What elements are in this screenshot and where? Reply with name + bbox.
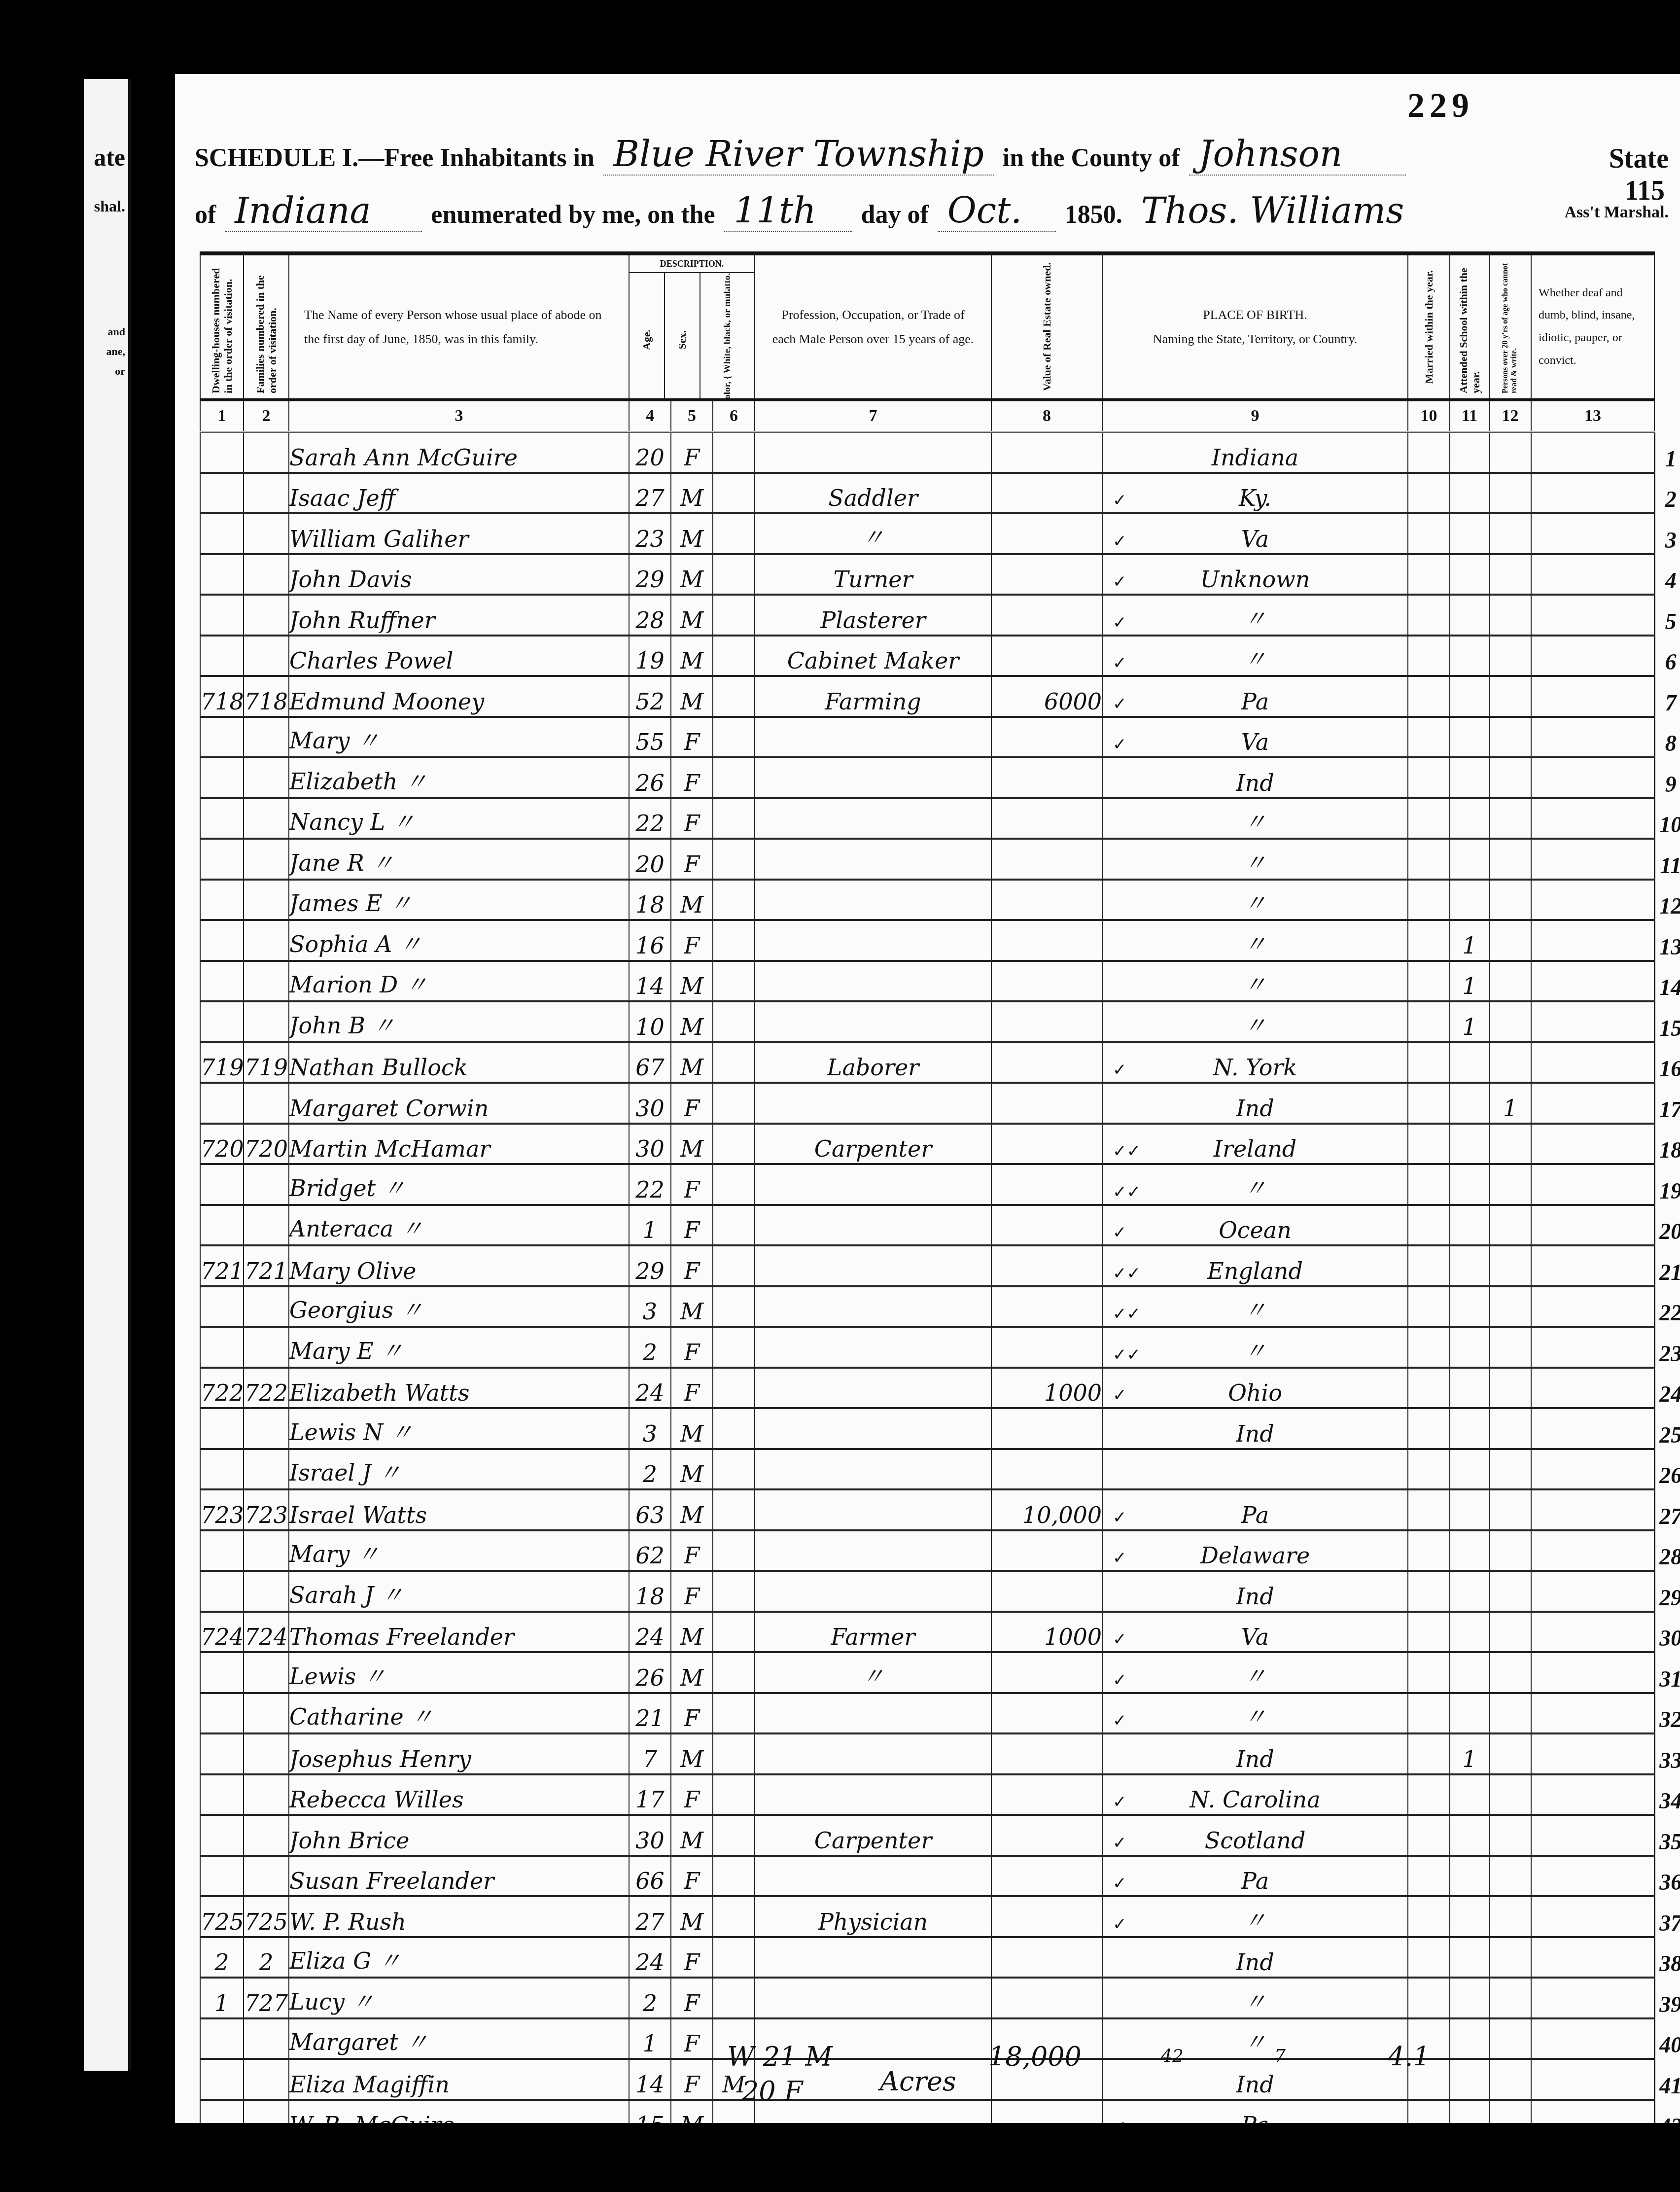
prev-page-fragment: ane, [106,345,126,358]
line-number: 27 [1654,1489,1680,1530]
occupation [755,1530,991,1571]
married-within-year [1408,1286,1450,1327]
col-number: 5 [671,400,713,432]
dwelling-number [200,961,244,1002]
occupation [755,1368,991,1409]
line-number: 33 [1654,1733,1680,1774]
disability [1531,636,1654,676]
dwelling-number [200,1449,244,1490]
disability [1531,798,1654,839]
dwelling-number: 724 [200,1612,244,1653]
age: 3 [629,1286,671,1327]
dwelling-number [200,757,244,798]
disability [1531,1083,1654,1124]
color [713,554,755,595]
col-number [1654,400,1680,432]
dwelling-number: 721 [200,1245,244,1286]
occupation [755,961,991,1002]
cannot-read-write [1489,920,1531,961]
real-estate-value [991,1978,1102,2018]
person-name: Georgius 〃 [289,1286,629,1327]
disability [1531,1571,1654,1612]
disability [1531,513,1654,554]
color [713,798,755,839]
table-row: John Davis29MTurner✓Unknown4 [200,554,1680,595]
sex: M [671,1286,713,1327]
married-within-year [1408,1408,1450,1449]
attended-school [1450,554,1489,595]
occupation [755,1449,991,1490]
family-number [244,636,289,676]
married-within-year [1408,595,1450,636]
line-number: 31 [1654,1652,1680,1693]
table-row: 720720Martin McHamar30MCarpenter✓✓Irelan… [200,1124,1680,1165]
married-within-year [1408,513,1450,554]
family-number: 718 [244,676,289,717]
cannot-read-write [1489,880,1531,920]
table-row: Israel J 〃2M26 [200,1449,1680,1490]
family-number: 723 [244,1489,289,1530]
occupation [755,1856,991,1897]
sex: M [671,880,713,920]
previous-page-edge: ate shal. and ane, or [84,79,131,2071]
color [713,636,755,676]
family-number: 725 [244,1896,289,1937]
place-of-birth-text: 〃 [1244,809,1266,835]
place-of-birth: Ind [1102,1571,1408,1612]
disability [1531,2018,1654,2059]
place-of-birth-text: 〃 [1244,890,1266,917]
real-estate-value: 1000 [991,1368,1102,1409]
table-row: Charles Powel19MCabinet Maker✓〃6 [200,636,1680,676]
footer-acres: Acres [880,2066,956,2097]
dwelling-number [200,2018,244,2059]
cannot-read-write [1489,757,1531,798]
cannot-read-write [1489,1164,1531,1205]
age: 2 [629,1978,671,2018]
age: 19 [629,636,671,676]
county-field: Johnson [1189,133,1406,176]
person-name: Mary E 〃 [289,1327,629,1368]
color [713,1571,755,1612]
table-row: Anteraca 〃1F✓Ocean20 [200,1205,1680,1246]
cannot-read-write [1489,839,1531,880]
table-row: Elizabeth 〃26FInd9 [200,757,1680,798]
attended-school [1450,798,1489,839]
place-of-birth: 〃 [1102,1978,1408,2018]
check-mark-icon: ✓✓ [1113,1345,1141,1365]
line-number: 19 [1654,1164,1680,1205]
sex: M [671,473,713,514]
census-rows: Sarah Ann McGuire20FIndiana1Isaac Jeff27… [200,432,1680,2140]
sex: F [671,2018,713,2059]
disability [1531,432,1654,473]
occupation [755,1286,991,1327]
line-number: 1 [1654,432,1680,473]
dwelling-number: 719 [200,1042,244,1083]
cannot-read-write [1489,1530,1531,1571]
sex: F [671,1083,713,1124]
line-number: 21 [1654,1245,1680,1286]
age: 52 [629,676,671,717]
family-number [244,1733,289,1774]
place-of-birth: ✓Ky. [1102,473,1408,514]
person-name: Edmund Mooney [289,676,629,717]
person-name: Anteraca 〃 [289,1205,629,1246]
age: 20 [629,432,671,473]
age: 62 [629,1530,671,1571]
cannot-read-write [1489,717,1531,758]
place-of-birth-text: Ind [1236,1746,1274,1772]
attended-school [1450,1612,1489,1653]
table-row: James E 〃18M〃12 [200,880,1680,920]
disability [1531,1164,1654,1205]
place-of-birth: Ind [1102,2059,1408,2100]
family-number [244,595,289,636]
occupation [755,1978,991,2018]
page-number: 115 [1625,175,1665,207]
place-of-birth-text: 〃 [1244,971,1266,998]
place-of-birth: ✓Pa [1102,1489,1408,1530]
table-row: John B 〃10M〃115 [200,1001,1680,1042]
occupation [755,432,991,473]
dwelling-number [200,1815,244,1856]
col-number: 7 [755,400,991,432]
cannot-read-write [1489,676,1531,717]
sex: M [671,961,713,1002]
disability [1531,880,1654,920]
table-row: Catharine 〃21F✓〃32 [200,1693,1680,1734]
married-within-year [1408,1733,1450,1774]
married-within-year [1408,1652,1450,1693]
disability [1531,920,1654,961]
family-number [244,1530,289,1571]
line-number: 20 [1654,1205,1680,1246]
place-of-birth-text: Delaware [1200,1542,1310,1569]
color [713,1896,755,1937]
color [713,1652,755,1693]
color [713,1124,755,1165]
check-mark-icon: ✓✓ [1113,1304,1141,1324]
table-row: Bridget 〃22F✓✓〃19 [200,1164,1680,1205]
real-estate-value: 10,000 [991,1489,1102,1530]
person-name: Israel Watts [289,1489,629,1530]
cannot-read-write [1489,1815,1531,1856]
place-of-birth-text: 〃 [1244,2029,1266,2055]
line-number: 36 [1654,1856,1680,1897]
disability [1531,473,1654,514]
person-name: Sarah Ann McGuire [289,432,629,473]
family-number [244,1083,289,1124]
prev-page-fragment: and [108,325,125,338]
disability [1531,1774,1654,1815]
check-mark-icon: ✓ [1113,1223,1127,1242]
married-within-year [1408,1083,1450,1124]
occupation: 〃 [755,1652,991,1693]
sex: M [671,1652,713,1693]
table-row: John Brice30MCarpenter✓Scotland35 [200,1815,1680,1856]
disability [1531,1978,1654,2018]
dwelling-number [200,880,244,920]
cannot-read-write [1489,473,1531,514]
color [713,595,755,636]
dwelling-number [200,1571,244,1612]
color [713,1083,755,1124]
place-of-birth: ✓✓〃 [1102,1164,1408,1205]
place-of-birth: ✓Unknown [1102,554,1408,595]
dwelling-number: 723 [200,1489,244,1530]
footer-mark: 7 [1274,2046,1286,2066]
place-of-birth: 〃 [1102,920,1408,961]
col-name-header: The Name of every Person whose usual pla… [289,253,629,400]
census-page: 229 SCHEDULE I.—Free Inhabitants in Blue… [175,74,1680,2140]
family-number: 721 [244,1245,289,1286]
township-field: Blue River Township [603,133,994,176]
real-estate-value [991,1937,1102,1978]
disability [1531,1815,1654,1856]
sex: F [671,839,713,880]
cannot-read-write [1489,1774,1531,1815]
disability [1531,1489,1654,1530]
table-row: Sarah Ann McGuire20FIndiana1 [200,432,1680,473]
dwelling-number [200,798,244,839]
sex: F [671,1327,713,1368]
col-number: 2 [244,400,289,432]
cannot-read-write [1489,1042,1531,1083]
footer-tally-females: 20 F [742,2076,803,2107]
age: 55 [629,717,671,758]
person-name: Lewis 〃 [289,1652,629,1693]
check-mark-icon: ✓✓ [1113,1264,1141,1283]
occupation: Carpenter [755,1124,991,1165]
person-name: Jane R 〃 [289,839,629,880]
line-number: 29 [1654,1571,1680,1612]
line-number: 23 [1654,1327,1680,1368]
place-of-birth-text: Ind [1236,1583,1274,1610]
age: 27 [629,1896,671,1937]
attended-school [1450,1896,1489,1937]
col-age-header: Age. [640,329,653,350]
color [713,1449,755,1490]
place-of-birth: ✓✓〃 [1102,1286,1408,1327]
place-of-birth-text: 〃 [1244,1907,1266,1934]
table-row: Georgius 〃3M✓✓〃22 [200,1286,1680,1327]
dwelling-number [200,473,244,514]
dwelling-number [200,1408,244,1449]
check-mark-icon: ✓ [1113,613,1127,633]
color [713,717,755,758]
dwelling-number [200,1001,244,1042]
cannot-read-write [1489,1489,1531,1530]
color [713,1327,755,1368]
dwelling-number: 2 [200,1937,244,1978]
occupation: Physician [755,1896,991,1937]
line-number: 28 [1654,1530,1680,1571]
occupation [755,1774,991,1815]
color [713,1245,755,1286]
col-number: 11 [1450,400,1489,432]
real-estate-value [991,1896,1102,1937]
cannot-read-write [1489,636,1531,676]
person-name: Nancy L 〃 [289,798,629,839]
real-estate-value [991,1245,1102,1286]
table-row: Marion D 〃14M〃114 [200,961,1680,1002]
place-of-birth-text: Va [1241,1624,1269,1650]
check-mark-icon: ✓ [1113,1508,1127,1527]
cannot-read-write [1489,1652,1531,1693]
family-number [244,1408,289,1449]
occupation: Plasterer [755,595,991,636]
age: 24 [629,1937,671,1978]
occupation [755,1164,991,1205]
person-name: Nathan Bullock [289,1042,629,1083]
place-of-birth: ✓✓England [1102,1245,1408,1286]
real-estate-value [991,1571,1102,1612]
attended-school [1450,1774,1489,1815]
real-estate-value [991,1652,1102,1693]
check-mark-icon: ✓ [1113,653,1127,673]
disability [1531,1042,1654,1083]
color [713,880,755,920]
age: 28 [629,595,671,636]
place-of-birth-text: Ocean [1219,1217,1292,1243]
person-name: Israel J 〃 [289,1449,629,1490]
place-of-birth-text: Ind [1236,1420,1274,1447]
real-estate-value [991,961,1102,1002]
person-name: Lewis N 〃 [289,1408,629,1449]
color [713,1856,755,1897]
line-number: 4 [1654,554,1680,595]
family-number: 720 [244,1124,289,1165]
color [713,676,755,717]
disability [1531,1733,1654,1774]
real-estate-value [991,839,1102,880]
footer-tally-males: W 21 M [727,2041,833,2072]
cannot-read-write [1489,1286,1531,1327]
place-of-birth-text: Pa [1241,1502,1269,1528]
place-of-birth-text: 〃 [1244,1988,1266,2015]
occupation [755,1205,991,1246]
age: 3 [629,1408,671,1449]
color [713,1774,755,1815]
marshal-signature: Thos. Williams [1131,190,1414,231]
age: 2 [629,1449,671,1490]
disability [1531,1612,1654,1653]
place-of-birth: ✓Va [1102,513,1408,554]
header-line-2: of Indiana enumerated by me, on the 11th… [195,190,1423,232]
cannot-read-write [1489,798,1531,839]
person-name: William Galiher [289,513,629,554]
married-within-year [1408,1489,1450,1530]
line-number: 35 [1654,1815,1680,1856]
married-within-year [1408,432,1450,473]
place-of-birth: Ind [1102,1083,1408,1124]
occupation: 〃 [755,513,991,554]
sex: M [671,1896,713,1937]
line-number: 17 [1654,1083,1680,1124]
column-header-row: Dwelling-houses numbered in the order of… [200,253,1680,400]
age: 29 [629,1245,671,1286]
family-number [244,1001,289,1042]
sex: F [671,1530,713,1571]
cannot-read-write [1489,1856,1531,1897]
family-number [244,1449,289,1490]
family-number: 722 [244,1368,289,1409]
line-number-header [1654,253,1680,400]
attended-school [1450,2018,1489,2059]
occupation [755,839,991,880]
sex: F [671,1937,713,1978]
married-within-year [1408,1612,1450,1653]
attended-school [1450,432,1489,473]
married-within-year [1408,880,1450,920]
place-of-birth: 〃 [1102,839,1408,880]
sex: M [671,1001,713,1042]
cannot-read-write [1489,2018,1531,2059]
place-of-birth-text: 〃 [1244,1338,1266,1364]
check-mark-icon: ✓ [1113,694,1127,714]
table-row: Isaac Jeff27MSaddler✓Ky.2 [200,473,1680,514]
disability [1531,1286,1654,1327]
dwelling-number [200,2059,244,2100]
place-of-birth: ✓〃 [1102,1652,1408,1693]
check-mark-icon: ✓ [1113,572,1127,592]
family-number [244,1164,289,1205]
place-of-birth: ✓〃 [1102,595,1408,636]
place-of-birth: ✓〃 [1102,636,1408,676]
person-name: Martin McHamar [289,1124,629,1165]
married-within-year [1408,1937,1450,1978]
table-row: John Ruffner28MPlasterer✓〃5 [200,595,1680,636]
attended-school [1450,1164,1489,1205]
sex: F [671,1571,713,1612]
place-of-birth-text: Pa [1241,688,1269,715]
color [713,1489,755,1530]
line-number: 6 [1654,636,1680,676]
col-dwelling-header: Dwelling-houses numbered in the order of… [200,253,244,400]
family-number [244,513,289,554]
color [713,757,755,798]
dwelling-number [200,920,244,961]
table-row: Margaret Corwin30FInd117 [200,1083,1680,1124]
line-number: 40 [1654,2018,1680,2059]
check-mark-icon: ✓ [1113,1629,1127,1649]
census-table: Dwelling-houses numbered in the order of… [200,251,1680,2141]
col-number: 10 [1408,400,1450,432]
place-of-birth-text: Scotland [1205,1827,1306,1854]
occupation [755,1245,991,1286]
sex: F [671,1978,713,2018]
married-within-year [1408,1978,1450,2018]
dwelling-number: 1 [200,1978,244,2018]
color [713,1612,755,1653]
color [713,1205,755,1246]
age: 30 [629,1124,671,1165]
place-of-birth-text: England [1207,1258,1303,1284]
married-within-year [1408,1124,1450,1165]
cannot-read-write [1489,1896,1531,1937]
check-mark-icon: ✓ [1113,1385,1127,1405]
year-label: 1850. [1065,200,1122,229]
place-of-birth-text: Va [1241,526,1269,552]
real-estate-value [991,1815,1102,1856]
disability [1531,1937,1654,1978]
line-number: 34 [1654,1774,1680,1815]
real-estate-value [991,595,1102,636]
cannot-read-write [1489,961,1531,1002]
dwelling-number [200,1083,244,1124]
col-number: 12 [1489,400,1531,432]
